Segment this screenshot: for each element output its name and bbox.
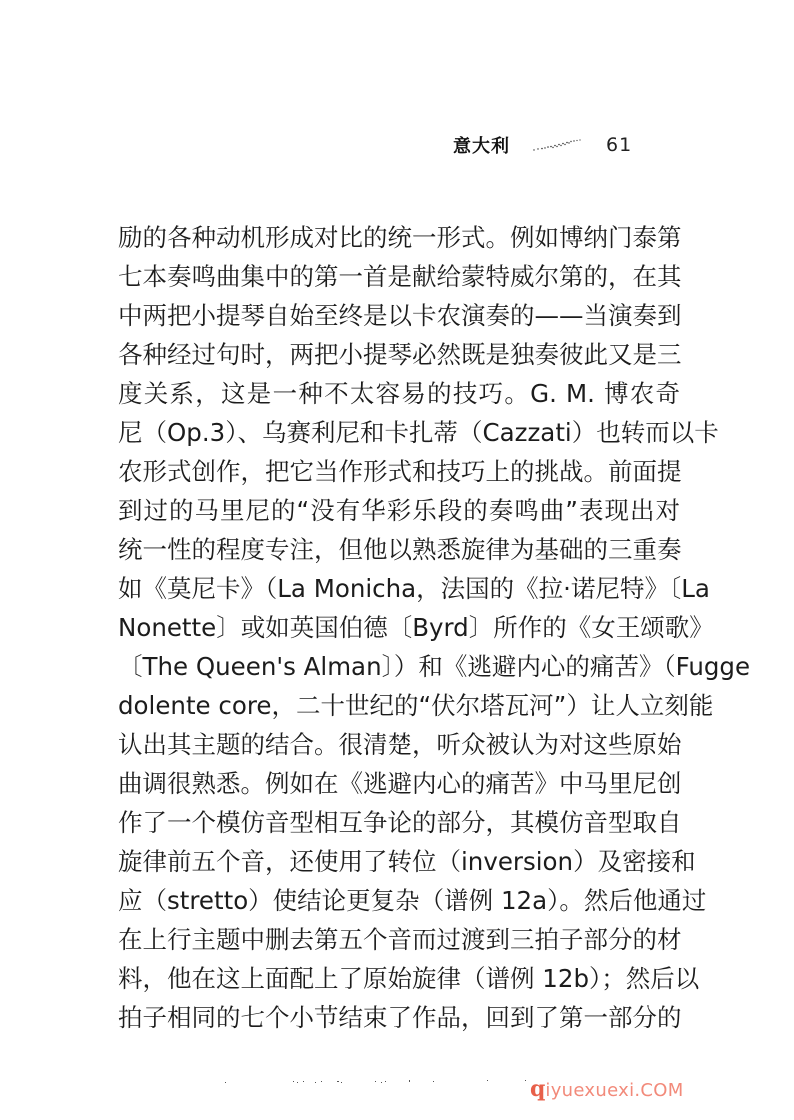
text-line: 中两把小提琴自始至终是以卡农演奏的——当演奏到 — [118, 296, 680, 335]
text-line: 尼（Op.3）、乌赛利尼和卡扎蒂（Cazzati）也转而以卡 — [118, 413, 680, 452]
page-number: 61 — [606, 134, 632, 156]
text-line: 拍子相同的七个小节结束了作品，回到了第一部分的 — [118, 998, 680, 1037]
watermark-text: iyuexuexi.COM — [545, 1080, 683, 1101]
text-line: 作了一个模仿音型相互争论的部分，其模仿音型取自 — [118, 803, 680, 842]
feather-ornament-icon — [532, 138, 584, 152]
running-title: 意大利 — [453, 132, 510, 158]
text-line: Nonette〕或如英国伯德〔Byrd〕所作的《女王颂歌》 — [118, 608, 680, 647]
text-line: 各种经过句时，两把小提琴必然既是独奏彼此又是三 — [118, 335, 680, 374]
text-line: 认出其主题的结合。很清楚，听众被认为对这些原始 — [118, 725, 680, 764]
text-line: 到过的马里尼的“没有华彩乐段的奏鸣曲”表现出对 — [118, 491, 680, 530]
text-line: 〔The Queen's Alman〕）和《逃避内心的痛苦》（Fugge — [118, 647, 680, 686]
text-line: 统一性的程度专注，但他以熟悉旋律为基础的三重奏 — [118, 530, 680, 569]
body-paragraph: 励的各种动机形成对比的统一形式。例如博纳门泰第 七本奏鸣曲集中的第一首是献给蒙特… — [118, 218, 680, 1037]
scan-noise-dots — [225, 1079, 565, 1085]
text-line: 应（stretto）使结论更复杂（谱例 12a）。然后他通过 — [118, 881, 680, 920]
text-line: dolente core，二十世纪的“伏尔塔瓦河”）让人立刻能 — [118, 686, 680, 725]
watermark: q iyuexuexi.COM — [530, 1076, 684, 1102]
text-line: 农形式创作，把它当作形式和技巧上的挑战。前面提 — [118, 452, 680, 491]
running-header: 意大利 61 — [453, 133, 632, 157]
text-line: 在上行主题中删去第五个音而过渡到三拍子部分的材 — [118, 920, 680, 959]
text-line: 七本奏鸣曲集中的第一首是献给蒙特威尔第的，在其 — [118, 257, 680, 296]
text-line: 料，他在这上面配上了原始旋律（谱例 12b）；然后以 — [118, 959, 680, 998]
text-line: 如《莫尼卡》（La Monicha，法国的《拉·诺尼特》〔La — [118, 569, 680, 608]
watermark-q-logo: q — [530, 1076, 545, 1102]
text-line: 励的各种动机形成对比的统一形式。例如博纳门泰第 — [118, 218, 680, 257]
text-line: 曲调很熟悉。例如在《逃避内心的痛苦》中马里尼创 — [118, 764, 680, 803]
text-line: 旋律前五个音，还使用了转位（inversion）及密接和 — [118, 842, 680, 881]
text-line: 度关系，这是一种不太容易的技巧。G. M. 博农奇 — [118, 374, 680, 413]
